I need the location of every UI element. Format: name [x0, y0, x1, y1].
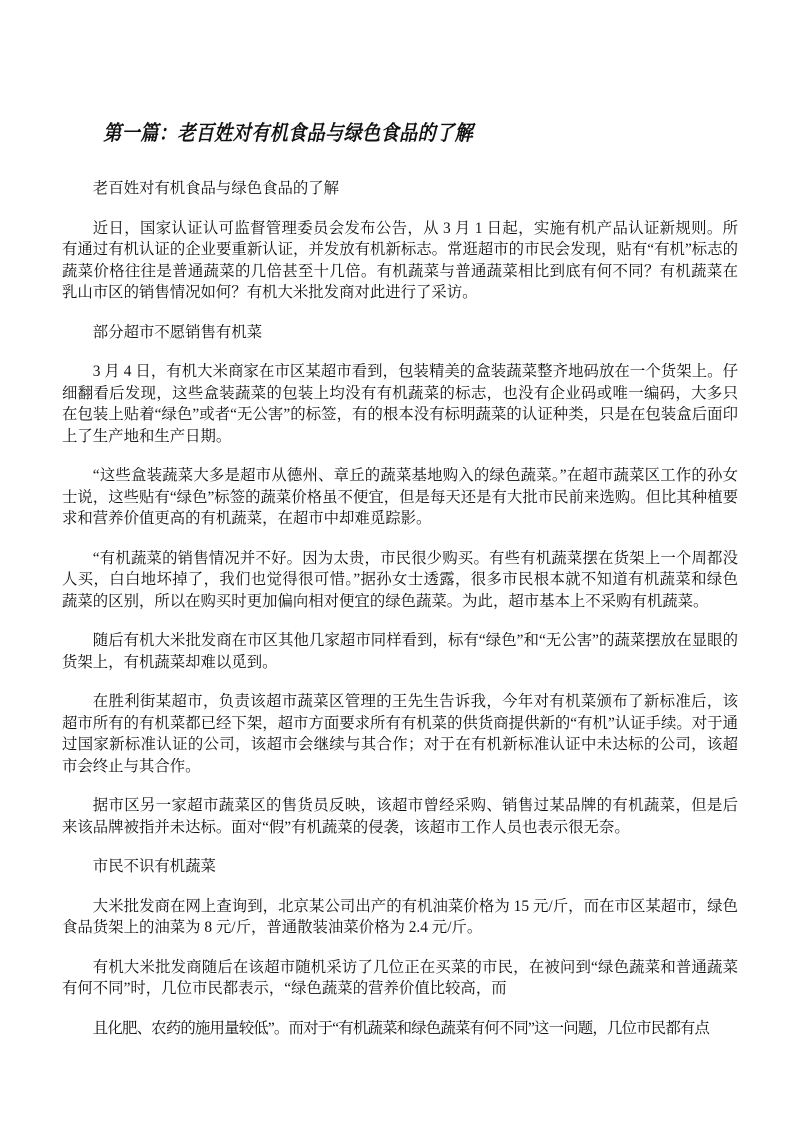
paragraph: “这些盒装蔬菜大多是超市从德州、章丘的蔬菜基地购入的绿色蔬菜。”在超市蔬菜区工作… — [62, 465, 738, 530]
document-subtitle: 老百姓对有机食品与绿色食品的了解 — [62, 178, 738, 200]
paragraph: 且化肥、农药的施用量较低”。而对于“有机蔬菜和绿色蔬菜有何不同”这一问题，几位市… — [62, 1018, 738, 1040]
paragraph: 据市区另一家超市蔬菜区的售货员反映，该超市曾经采购、销售过某品牌的有机蔬菜，但是… — [62, 795, 738, 838]
paragraph: 在胜利街某超市，负责该超市蔬菜区管理的王先生告诉我，今年对有机菜颁布了新标准后，… — [62, 691, 738, 777]
paragraph: 近日，国家认证认可监督管理委员会发布公告，从 3 月 1 日起，实施有机产品认证… — [62, 218, 738, 304]
paragraph: “有机蔬菜的销售情况并不好。因为太贵，市民很少购买。有些有机蔬菜摆在货架上一个周… — [62, 548, 738, 613]
document-page: 第一篇：老百姓对有机食品与绿色食品的了解 老百姓对有机食品与绿色食品的了解 近日… — [0, 0, 800, 1132]
section-heading: 市民不识有机蔬菜 — [62, 856, 738, 878]
section-heading: 部分超市不愿销售有机菜 — [62, 322, 738, 344]
paragraph: 随后有机大米批发商在市区其他几家超市同样看到，标有“绿色”和“无公害”的蔬菜摆放… — [62, 630, 738, 673]
document-title: 第一篇：老百姓对有机食品与绿色食品的了解 — [62, 119, 643, 148]
paragraph: 3 月 4 日，有机大米商家在市区某超市看到，包装精美的盒装蔬菜整齐地码放在一个… — [62, 361, 738, 447]
paragraph: 有机大米批发商随后在该超市随机采访了几位正在买菜的市民，在被问到“绿色蔬菜和普通… — [62, 957, 738, 1000]
paragraph: 大米批发商在网上查询到，北京某公司出产的有机油菜价格为 15 元/斤，而在市区某… — [62, 896, 738, 939]
